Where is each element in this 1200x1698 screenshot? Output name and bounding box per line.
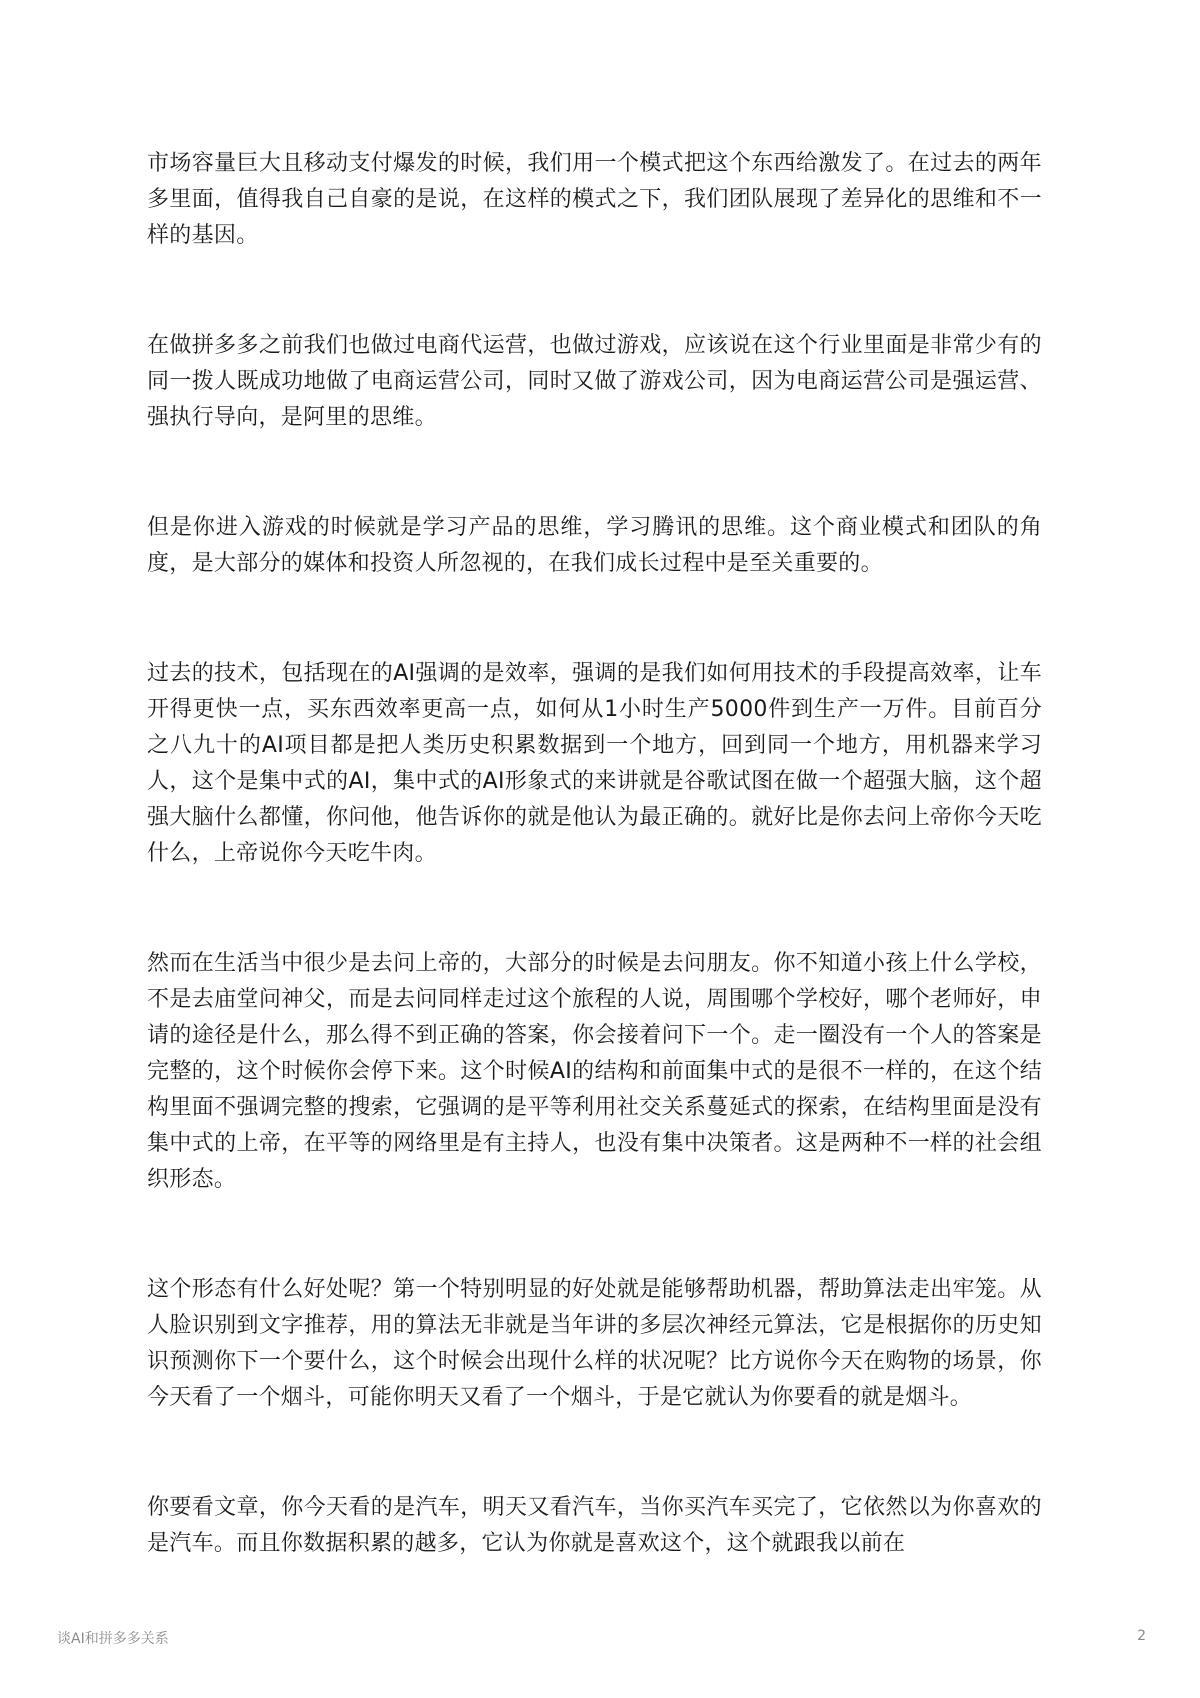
paragraph: 但是你进入游戏的时候就是学习产品的思维，学习腾讯的思维。这个商业模式和团队的角度…: [147, 510, 1042, 582]
paragraph: 然而在生活当中很少是去问上帝的，大部分的时候是去问朋友。你不知道小孩上什么学校，…: [147, 946, 1042, 1198]
paragraph: 市场容量巨大且移动支付爆发的时候，我们用一个模式把这个东西给激发了。在过去的两年…: [147, 146, 1042, 254]
paragraph: 在做拼多多之前我们也做过电商代运营，也做过游戏，应该说在这个行业里面是非常少有的…: [147, 328, 1042, 436]
paragraph: 过去的技术，包括现在的AI强调的是效率，强调的是我们如何用技术的手段提高效率，让…: [147, 656, 1042, 872]
document-page: 市场容量巨大且移动支付爆发的时候，我们用一个模式把这个东西给激发了。在过去的两年…: [0, 0, 1200, 1698]
paragraph: 这个形态有什么好处呢？第一个特别明显的好处就是能够帮助机器，帮助算法走出牢笼。从…: [147, 1272, 1042, 1416]
body-text: 市场容量巨大且移动支付爆发的时候，我们用一个模式把这个东西给激发了。在过去的两年…: [147, 146, 1042, 1636]
page-number: 2: [1137, 1628, 1146, 1644]
footer-title: 谈AI和拼多多关系: [57, 1628, 169, 1648]
paragraph: 你要看文章，你今天看的是汽车，明天又看汽车，当你买汽车买完了，它依然以为你喜欢的…: [147, 1490, 1042, 1562]
